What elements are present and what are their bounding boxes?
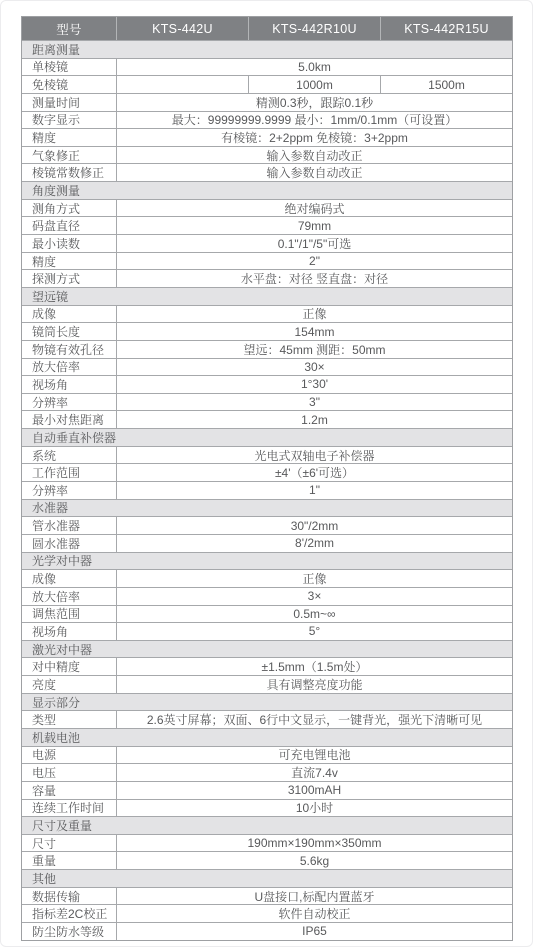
spec-label: 对中精度 — [22, 658, 117, 675]
spec-row: 电压直流7.4v — [22, 763, 512, 781]
spec-value: 3" — [117, 394, 512, 411]
spec-label: 类型 — [22, 711, 117, 728]
spec-row: 系统光电式双轴电子补偿器 — [22, 446, 512, 464]
spec-label: 码盘直径 — [22, 217, 117, 234]
spec-row: 码盘直径79mm — [22, 216, 512, 234]
spec-label: 数字显示 — [22, 112, 117, 129]
spec-row: 分辨率3" — [22, 393, 512, 411]
spec-value: 0.1"/1"/5"可选 — [117, 235, 512, 252]
spec-label: 最小读数 — [22, 235, 117, 252]
spec-label: 视场角 — [22, 623, 117, 640]
spec-row: 防尘防水等级IP65 — [22, 922, 512, 940]
spec-value: 2.6英寸屏幕；双面、6行中文显示，一键背光，强光下清晰可见 — [117, 711, 512, 728]
spec-row: 数据传输U盘接口,标配内置蓝牙 — [22, 887, 512, 905]
section-title: 光学对中器 — [32, 552, 92, 569]
section-header: 其他 — [22, 869, 512, 887]
spec-row: 精度2" — [22, 252, 512, 270]
spec-label: 成像 — [22, 570, 117, 587]
spec-label: 尺寸 — [22, 835, 117, 852]
spec-row: 测量时间精测0.3秒，跟踪0.1秒 — [22, 93, 512, 111]
spec-label: 单棱镜 — [22, 59, 117, 76]
spec-label: 亮度 — [22, 676, 117, 693]
model-name-kts-442u: KTS-442U — [117, 17, 249, 40]
spec-row: 尺寸190mm×190mm×350mm — [22, 834, 512, 852]
spec-value: 0.5m~∞ — [117, 606, 512, 623]
spec-value: 1.2m — [117, 411, 512, 428]
spec-value: 30"/2mm — [117, 517, 512, 534]
spec-value: 3× — [117, 588, 512, 605]
spec-row: 视场角5° — [22, 622, 512, 640]
section-title: 机载电池 — [32, 729, 80, 746]
spec-label: 精度 — [22, 253, 117, 270]
spec-row: 管水准器30"/2mm — [22, 516, 512, 534]
section-title: 其他 — [32, 870, 56, 887]
spec-row: 免棱镜1000m1500m — [22, 75, 512, 93]
spec-value: 有棱镜：2+2ppm 免棱镜：3+2ppm — [117, 129, 512, 146]
spec-value: 154mm — [117, 323, 512, 340]
spec-label: 防尘防水等级 — [22, 923, 117, 940]
section-header: 自动垂直补偿器 — [22, 428, 512, 446]
spec-row: 镜筒长度154mm — [22, 322, 512, 340]
section-header: 光学对中器 — [22, 552, 512, 570]
section-header: 机载电池 — [22, 728, 512, 746]
spec-label: 分辨率 — [22, 482, 117, 499]
spec-value: 10小时 — [117, 800, 512, 817]
spec-value: 2" — [117, 253, 512, 270]
section-header: 角度测量 — [22, 181, 512, 199]
section-title: 望远镜 — [32, 288, 68, 305]
spec-row: 气象修正输入参数自动改正 — [22, 146, 512, 164]
spec-row: 电源可充电锂电池 — [22, 746, 512, 764]
section-header: 显示部分 — [22, 693, 512, 711]
spec-label: 调焦范围 — [22, 606, 117, 623]
spec-row: 工作范围±4'（±6'可选） — [22, 463, 512, 481]
spec-label: 工作范围 — [22, 464, 117, 481]
spec-value: 8'/2mm — [117, 535, 512, 552]
section-header: 激光对中器 — [22, 640, 512, 658]
spec-label: 放大倍率 — [22, 588, 117, 605]
spec-value: 精测0.3秒，跟踪0.1秒 — [117, 94, 512, 111]
spec-row: 物镜有效孔径望远：45mm 测距：50mm — [22, 340, 512, 358]
spec-label: 免棱镜 — [22, 76, 117, 93]
model-column-header: 型号 — [22, 17, 117, 40]
spec-label: 容量 — [22, 782, 117, 799]
spec-value: 水平盘：对径 竖直盘：对径 — [117, 270, 512, 287]
spec-row: 放大倍率3× — [22, 587, 512, 605]
spec-row: 精度有棱镜：2+2ppm 免棱镜：3+2ppm — [22, 128, 512, 146]
spec-value: 5° — [117, 623, 512, 640]
spec-row: 数字显示最大：99999999.9999 最小：1mm/0.1mm（可设置） — [22, 111, 512, 129]
spec-value: 1000m — [248, 76, 380, 93]
section-header: 水准器 — [22, 499, 512, 517]
spec-row: 棱镜常数修正输入参数自动改正 — [22, 163, 512, 181]
spec-row: 连续工作时间10小时 — [22, 799, 512, 817]
spec-label: 视场角 — [22, 376, 117, 393]
spec-row: 对中精度±1.5mm（1.5m处） — [22, 657, 512, 675]
spec-value: 输入参数自动改正 — [117, 147, 512, 164]
spec-value: 30× — [117, 359, 512, 376]
spec-label: 测角方式 — [22, 200, 117, 217]
spec-row: 单棱镜5.0km — [22, 58, 512, 76]
spec-value: 望远：45mm 测距：50mm — [117, 341, 512, 358]
spec-label: 探测方式 — [22, 270, 117, 287]
spec-label: 棱镜常数修正 — [22, 164, 117, 181]
spec-value: 最大：99999999.9999 最小：1mm/0.1mm（可设置） — [117, 112, 512, 129]
spec-table: 型号 KTS-442U KTS-442R10U KTS-442R15U 距离测量… — [21, 16, 513, 941]
spec-row: 容量3100mAH — [22, 781, 512, 799]
spec-row: 分辨率1" — [22, 481, 512, 499]
spec-label: 成像 — [22, 306, 117, 323]
spec-label: 镜筒长度 — [22, 323, 117, 340]
spec-row: 视场角1°30' — [22, 375, 512, 393]
spec-row: 调焦范围0.5m~∞ — [22, 605, 512, 623]
section-title: 水准器 — [32, 499, 68, 516]
spec-row: 最小读数0.1"/1"/5"可选 — [22, 234, 512, 252]
spec-value: 5.0km — [117, 59, 512, 76]
spec-value: 可充电锂电池 — [117, 747, 512, 764]
spec-table-body: 距离测量单棱镜5.0km免棱镜1000m1500m测量时间精测0.3秒，跟踪0.… — [22, 40, 512, 940]
spec-label: 物镜有效孔径 — [22, 341, 117, 358]
spec-row: 测角方式绝对编码式 — [22, 199, 512, 217]
spec-row: 放大倍率30× — [22, 358, 512, 376]
spec-label: 指标差2C校正 — [22, 905, 117, 922]
spec-row: 成像正像 — [22, 569, 512, 587]
spec-value: IP65 — [117, 923, 512, 940]
spec-label: 电压 — [22, 764, 117, 781]
spec-row: 成像正像 — [22, 305, 512, 323]
section-header: 尺寸及重量 — [22, 816, 512, 834]
model-name-kts-442r15u: KTS-442R15U — [381, 17, 512, 40]
spec-label: 管水准器 — [22, 517, 117, 534]
section-title: 尺寸及重量 — [32, 817, 92, 834]
spec-value: 光电式双轴电子补偿器 — [117, 447, 512, 464]
spec-label: 精度 — [22, 129, 117, 146]
spec-value: 5.6kg — [117, 852, 512, 869]
spec-value: 3100mAH — [117, 782, 512, 799]
spec-value: 1500m — [380, 76, 512, 93]
spec-label: 最小对焦距离 — [22, 411, 117, 428]
spec-value: ±1.5mm（1.5m处） — [117, 658, 512, 675]
section-title: 显示部分 — [32, 694, 80, 711]
spec-label: 重量 — [22, 852, 117, 869]
spec-value — [117, 76, 248, 93]
spec-value: 绝对编码式 — [117, 200, 512, 217]
section-title: 距离测量 — [32, 41, 80, 58]
spec-label: 电源 — [22, 747, 117, 764]
spec-label: 分辨率 — [22, 394, 117, 411]
section-title: 自动垂直补偿器 — [32, 429, 116, 446]
spec-value: 1" — [117, 482, 512, 499]
spec-label: 放大倍率 — [22, 359, 117, 376]
spec-row: 指标差2C校正软件自动校正 — [22, 904, 512, 922]
spec-value: 直流7.4v — [117, 764, 512, 781]
section-header: 望远镜 — [22, 287, 512, 305]
spec-row: 探测方式水平盘：对径 竖直盘：对径 — [22, 269, 512, 287]
spec-row: 亮度具有调整亮度功能 — [22, 675, 512, 693]
spec-label: 气象修正 — [22, 147, 117, 164]
spec-label: 系统 — [22, 447, 117, 464]
spec-row: 最小对焦距离1.2m — [22, 410, 512, 428]
spec-sheet-page: 型号 KTS-442U KTS-442R10U KTS-442R15U 距离测量… — [0, 0, 533, 947]
spec-value: 正像 — [117, 306, 512, 323]
table-header-row: 型号 KTS-442U KTS-442R10U KTS-442R15U — [22, 17, 512, 40]
spec-row: 类型2.6英寸屏幕；双面、6行中文显示，一键背光，强光下清晰可见 — [22, 710, 512, 728]
spec-value: 79mm — [117, 217, 512, 234]
spec-value: 1°30' — [117, 376, 512, 393]
spec-value: 具有调整亮度功能 — [117, 676, 512, 693]
spec-row: 重量5.6kg — [22, 851, 512, 869]
spec-label: 测量时间 — [22, 94, 117, 111]
spec-value: 190mm×190mm×350mm — [117, 835, 512, 852]
section-title: 角度测量 — [32, 182, 80, 199]
model-name-kts-442r10u: KTS-442R10U — [249, 17, 381, 40]
spec-label: 圆水准器 — [22, 535, 117, 552]
section-title: 激光对中器 — [32, 641, 92, 658]
spec-value: 正像 — [117, 570, 512, 587]
spec-value: ±4'（±6'可选） — [117, 464, 512, 481]
spec-label: 数据传输 — [22, 888, 117, 905]
spec-value: 软件自动校正 — [117, 905, 512, 922]
spec-value: 输入参数自动改正 — [117, 164, 512, 181]
spec-label: 连续工作时间 — [22, 800, 117, 817]
spec-row: 圆水准器8'/2mm — [22, 534, 512, 552]
section-header: 距离测量 — [22, 40, 512, 58]
spec-value: U盘接口,标配内置蓝牙 — [117, 888, 512, 905]
